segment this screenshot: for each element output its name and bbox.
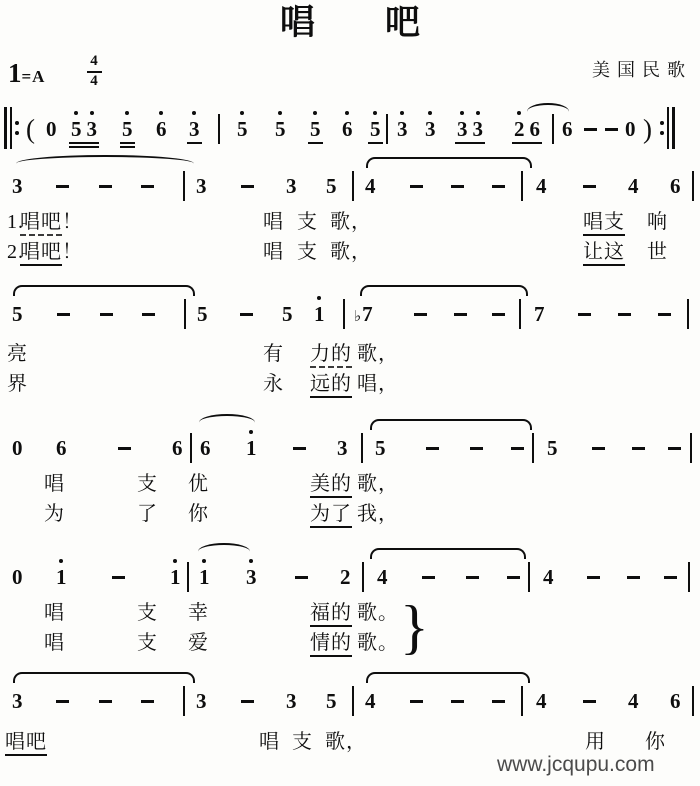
note: 3 [286,175,297,197]
note: 4 [628,690,639,712]
slur [366,672,530,683]
note: 6 [670,175,681,197]
note-digit: 5 [197,303,208,325]
barline [692,686,694,716]
lyric: 亮 [7,343,28,365]
note-digit: 5 [547,437,558,459]
beam-underline [69,146,99,148]
duration-dash [578,313,591,316]
lyric: 支 [292,731,313,753]
barline [532,433,534,463]
note-digit: 1 [199,566,210,588]
note-digit: 6 [156,118,167,140]
barline [386,114,388,144]
repeat-brace: } [400,598,429,656]
note: 6 [56,437,67,459]
lyric: 让这 [583,241,625,266]
slur [198,543,250,560]
octave-dot [240,111,244,115]
duration-dash [627,576,640,579]
note-digit: 4 [628,175,639,197]
note-digit: 5 [370,118,381,140]
barline [688,562,690,592]
lyric: 唱， [357,373,399,395]
note: 6 [342,118,353,140]
duration-dash [583,700,596,703]
note-digit: 5 [275,118,286,140]
note: 4 [365,175,376,197]
slur [13,672,195,683]
duration-dash [632,447,645,450]
lyric: 唱吧 [5,731,47,756]
barline [183,686,185,716]
lyric: 支 [137,473,158,495]
note: 5 [547,437,558,459]
lyric: 你 [188,503,209,525]
lyric: 歌， [357,473,399,495]
barline [521,686,523,716]
note-digit: 5 [375,437,386,459]
duration-dash [422,576,435,579]
octave-dot [173,559,177,563]
lyric: 唱支 [583,211,625,236]
note: 5 [282,303,293,325]
duration-dash [583,185,596,188]
note: 5 [326,175,337,197]
note: 5 [326,690,337,712]
lyric: 唱 [259,731,280,753]
octave-dot [313,111,317,115]
note: 4 [377,566,388,588]
duration-dash [664,576,677,579]
lyric: 唱 [44,632,65,654]
slur [370,419,532,430]
beam-underline [120,146,135,148]
note: 5 [375,437,386,459]
beam-underline [512,142,542,144]
note-digit: 5 [122,118,133,140]
lyric: 响 [647,211,668,233]
duration-dash [605,128,618,131]
note: 0 [46,118,57,140]
note: 0 [625,118,636,140]
duration-dash [295,576,308,579]
note: 0 [12,566,23,588]
lyric: 唱 [44,602,65,624]
note: 3 [246,566,257,588]
note-digit: 3 [286,690,297,712]
duration-dash [141,700,154,703]
octave-dot [74,111,78,115]
note: 3 [196,690,207,712]
duration-dash [293,447,306,450]
octave-dot [345,111,349,115]
lyric: 歌。 [357,632,399,654]
barline [528,562,530,592]
note: 3 [12,175,23,197]
begin-repeat-sign [4,107,19,149]
note-digit: 4 [543,566,554,588]
note-digit: 2 [340,566,351,588]
note-digit: 2 [514,118,525,140]
note: 6 [156,118,167,140]
note-digit: 5 [282,303,293,325]
sheet-music-page: 唱 吧 1=A 4 4 美国民歌 (0535635556533332660)33… [0,0,700,786]
octave-dot [428,111,432,115]
note-digit: 5 [310,118,321,140]
note-digit: 6 [56,437,67,459]
note: 5 [197,303,208,325]
note: 3 [425,118,436,140]
note: 3 [337,437,348,459]
note: 6 [200,437,211,459]
lyric: 界 [7,373,28,395]
lyric: 歌， [330,241,372,263]
duration-dash [100,313,113,316]
note-digit: 0 [625,118,636,140]
note: 3 [189,118,200,140]
beam-underline [455,142,485,144]
note: 4 [628,175,639,197]
duration-dash [57,313,70,316]
note: 0 [12,437,23,459]
note: 6 [562,118,573,140]
duration-dash [142,313,155,316]
lyric: 用 [585,731,606,753]
lyric: 唱 [263,241,284,263]
lyric: ！ [62,211,83,233]
note-digit: 3 [196,175,207,197]
duration-dash [410,185,423,188]
lyric: 支 [137,632,158,654]
note: 3 [286,690,297,712]
slur [16,155,194,172]
slur [370,548,526,559]
note: 5 [310,118,321,140]
barline [352,171,354,201]
duration-dash [426,447,439,450]
note-digit: 4 [628,690,639,712]
octave-dot [400,111,404,115]
duration-dash [241,700,254,703]
octave-dot [192,111,196,115]
note-digit: 5 [237,118,248,140]
note-digit: 5 [326,175,337,197]
duration-dash [56,185,69,188]
duration-dash [618,313,631,316]
note-digit: 4 [365,690,376,712]
octave-dot [59,559,63,563]
beam-underline [187,142,202,144]
lyric: 唱吧 [20,211,62,236]
lyric: ！ [62,241,83,263]
duration-dash [584,128,597,131]
note-digit: 0 [12,566,23,588]
note-digit: 3 [246,566,257,588]
note: 5 [237,118,248,140]
slur [199,414,255,431]
lyric: 福的 [310,602,352,627]
lyric: 歌， [325,731,367,753]
barline [690,433,692,463]
barline [218,114,220,144]
duration-dash [410,700,423,703]
note-digit: 1 [56,566,67,588]
barline [521,171,523,201]
note: ♭7 [354,303,373,328]
octave-dot [476,111,480,115]
note: 1 [314,303,325,325]
note: 4 [543,566,554,588]
duration-dash [492,185,505,188]
duration-dash [451,700,464,703]
octave-dot [517,111,521,115]
note-digit: 6 [670,175,681,197]
lyric: 优 [188,473,209,495]
lyric: 为 [44,503,65,525]
note-digit: 6 [562,118,573,140]
note-digit: 3 [457,118,468,140]
note: 4 [365,690,376,712]
note-digit: 6 [670,690,681,712]
lyric: 情的 [310,632,352,657]
lyric: 美的 [310,473,352,498]
note: 5 [370,118,381,140]
lyric: 远的 [310,373,352,398]
barline [352,686,354,716]
barline [519,299,521,329]
note-digit: 3 [397,118,408,140]
barline [184,299,186,329]
lyric: 我， [357,503,399,525]
beam-underline [368,142,383,144]
note: 5 [122,118,133,140]
flat-sign: ♭ [354,309,361,325]
lyric: 永 [263,373,284,395]
slur [360,285,528,296]
octave-dot [159,111,163,115]
barline [361,433,363,463]
note-digit: 3 [12,690,23,712]
note-digit: 3 [473,118,484,140]
lyric: 支 [137,602,158,624]
lyric: 幸 [188,602,209,624]
duration-dash [658,313,671,316]
note: 1 [56,566,67,588]
duration-dash [507,576,520,579]
lyric: 支 [297,211,318,233]
lyric: 有 [263,343,284,365]
duration-dash [240,313,253,316]
duration-dash [587,576,600,579]
duration-dash [492,313,505,316]
note-digit: 6 [530,118,541,140]
note-digit: 3 [189,118,200,140]
note: 6 [172,437,183,459]
note-digit: 5 [326,690,337,712]
lyric: 支 [297,241,318,263]
duration-dash [99,185,112,188]
duration-dash [118,447,131,450]
parenthesis: ( [26,114,35,144]
note: 3 [196,175,207,197]
octave-dot [317,296,321,300]
note: 26 [514,118,540,140]
parenthesis: ) [643,114,652,144]
note-digit: 6 [200,437,211,459]
duration-dash [141,185,154,188]
note: 33 [457,118,483,140]
barline [343,299,345,329]
note: 4 [536,175,547,197]
note-digit: 1 [246,437,257,459]
octave-dot [460,111,464,115]
beam-underline [308,142,323,144]
duration-dash [56,700,69,703]
note-digit: 4 [377,566,388,588]
note-digit: 6 [172,437,183,459]
note-digit: 4 [536,690,547,712]
barline [183,171,185,201]
end-repeat-sign [660,107,675,149]
lyric: 了 [137,503,158,525]
barline [187,562,189,592]
note-digit: 0 [12,437,23,459]
note-digit: 3 [196,690,207,712]
duration-dash [241,185,254,188]
barline [687,299,689,329]
note-digit: 3 [337,437,348,459]
slur [527,103,569,120]
lyric: 唱 [263,211,284,233]
lyric: 为了 [310,503,352,528]
lyric: 唱 [44,473,65,495]
note: 5 [275,118,286,140]
note-digit: 4 [536,175,547,197]
lyric: 你 [645,731,666,753]
barline [692,171,694,201]
octave-dot [249,559,253,563]
note: 1 [199,566,210,588]
slur [366,157,532,168]
note: 53 [71,118,97,140]
octave-dot [125,111,129,115]
duration-dash [470,447,483,450]
octave-dot [373,111,377,115]
lyric: 力的 [310,343,352,368]
duration-dash [492,700,505,703]
note: 5 [12,303,23,325]
note-digit: 3 [12,175,23,197]
note: 6 [670,690,681,712]
lyric: 歌， [357,343,399,365]
watermark: www.jcqupu.com [497,753,655,777]
note: 3 [397,118,408,140]
lyric: 唱吧 [20,241,62,266]
octave-dot [249,430,253,434]
note: 3 [12,690,23,712]
note-digit: 1 [314,303,325,325]
note-digit: 6 [342,118,353,140]
slur [13,285,195,296]
duration-dash [451,185,464,188]
note-digit: 4 [365,175,376,197]
lyric: 歌。 [357,602,399,624]
beam-underline [69,142,99,144]
note: 4 [536,690,547,712]
octave-dot [202,559,206,563]
lyric: 爱 [188,632,209,654]
duration-dash [99,700,112,703]
duration-dash [414,313,427,316]
score-area: (0535635556533332660)333544465551♭770666… [0,0,700,786]
beam-underline [120,142,135,144]
duration-dash [511,447,524,450]
note-digit: ♭7 [354,303,373,328]
note-digit: 5 [12,303,23,325]
duration-dash [112,576,125,579]
duration-dash [466,576,479,579]
note-digit: 5 [71,118,82,140]
note-digit: 3 [425,118,436,140]
barline [190,433,192,463]
octave-dot [90,111,94,115]
barline [362,562,364,592]
note-digit: 0 [46,118,57,140]
note: 1 [246,437,257,459]
duration-dash [668,447,681,450]
note-digit: 3 [286,175,297,197]
octave-dot [278,111,282,115]
duration-dash [454,313,467,316]
lyric: 世 [647,241,668,263]
note-digit: 1 [170,566,181,588]
lyric: 歌， [330,211,372,233]
duration-dash [592,447,605,450]
note: 2 [340,566,351,588]
note: 1 [170,566,181,588]
note-digit: 7 [534,303,545,325]
note-digit: 3 [87,118,98,140]
note: 7 [534,303,545,325]
